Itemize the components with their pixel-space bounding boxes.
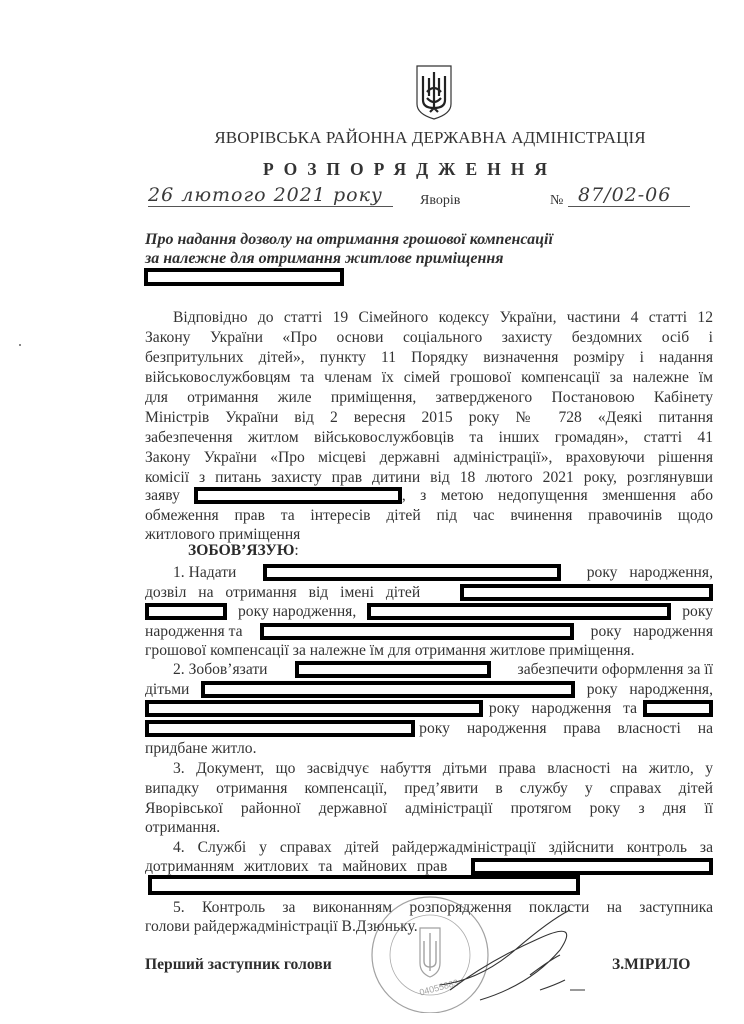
text-fragment: 2. Зобов’язати bbox=[173, 660, 268, 679]
number-prefix: № bbox=[550, 193, 563, 209]
redaction-box bbox=[145, 720, 415, 737]
trident-icon bbox=[415, 64, 453, 120]
preamble-line: Закону України «Про місцеві державні адм… bbox=[145, 448, 713, 467]
text-fragment: року народження, bbox=[587, 680, 713, 699]
item-1-line: дозвіл на отримання від імені дітей bbox=[145, 583, 713, 602]
preamble-line: Міністрів України від 2 вересня 2015 рок… bbox=[145, 408, 713, 427]
redaction-box bbox=[460, 584, 713, 601]
preamble-line: обмеження прав та інтересів дітей під ча… bbox=[145, 506, 713, 525]
subject-line-2: за належне для отримання житлове приміще… bbox=[145, 250, 503, 268]
directive-word: ЗОБОВ’ЯЗУЮ bbox=[188, 542, 294, 559]
organization-name: ЯВОРІВСЬКА РАЙОННА ДЕРЖАВНА АДМІНІСТРАЦІ… bbox=[0, 128, 744, 148]
preamble-line: забезпечення житлом військовослужбовців … bbox=[145, 428, 713, 447]
text-fragment: року народження, bbox=[238, 602, 356, 621]
text-fragment: року bbox=[682, 602, 713, 621]
directive-heading: ЗОБОВ’ЯЗУЮ: bbox=[188, 542, 299, 560]
item-3-line: отримання. bbox=[145, 818, 713, 837]
document-type: РОЗПОРЯДЖЕННЯ bbox=[0, 159, 744, 180]
text-fragment: дітьми bbox=[145, 680, 189, 699]
preamble-line: безпритульних дітей», пункту 11 Порядку … bbox=[145, 348, 713, 367]
text-fragment: забезпечити оформлення за її bbox=[518, 660, 713, 679]
redaction-box bbox=[145, 700, 483, 717]
item-2-line: придбане житло. bbox=[145, 739, 713, 758]
text-fragment: народження та bbox=[145, 622, 243, 641]
redaction-box bbox=[643, 700, 713, 717]
redaction-box bbox=[144, 268, 344, 286]
preamble-line: заяву , з метою недопущення зменшення аб… bbox=[145, 486, 713, 505]
redaction-box bbox=[471, 858, 713, 875]
item-2-line: 2. Зобов’язати забезпечити оформлення за… bbox=[173, 660, 713, 679]
item-3-line: 3. Документ, що засвідчує набуття дітьми… bbox=[145, 759, 713, 778]
redaction-box bbox=[260, 623, 574, 640]
handwritten-signature-icon bbox=[420, 890, 590, 1010]
preamble-line: комісії з питань захисту прав дитини від… bbox=[145, 468, 713, 487]
text-fragment: , з метою недопущення зменшення або bbox=[402, 486, 713, 505]
item-2-line: року народження та bbox=[145, 699, 713, 718]
text-fragment: 1. Надати bbox=[173, 563, 236, 582]
item-2-line: року народження права власності на bbox=[145, 719, 713, 738]
redaction-box bbox=[201, 681, 575, 698]
preamble-line: Закону України «Про основи соціального з… bbox=[145, 328, 713, 347]
redaction-box bbox=[145, 603, 227, 620]
item-1-line: року народження, року bbox=[145, 602, 713, 621]
preamble-line: військовослужбовцям та членам їх сімей г… bbox=[145, 368, 713, 387]
signatory-name: З.МІРИЛО bbox=[612, 956, 690, 974]
text-fragment: року народження, bbox=[587, 563, 713, 582]
item-1-line: 1. Надати року народження, bbox=[173, 563, 713, 582]
text-fragment: заяву bbox=[145, 486, 180, 505]
item-4-line: дотриманням житлових та майнових прав bbox=[145, 857, 713, 876]
signatory-position: Перший заступник голови bbox=[145, 956, 332, 974]
scan-speck bbox=[19, 344, 21, 346]
document-place: Яворів bbox=[420, 193, 460, 209]
item-3-line: випадку отримання компенсації, пред’явит… bbox=[145, 779, 713, 798]
item-1-line: народження та року народження bbox=[145, 622, 713, 641]
redaction-box bbox=[263, 564, 561, 581]
redaction-box bbox=[295, 661, 491, 678]
text-fragment: дотриманням житлових та майнових прав bbox=[145, 857, 447, 876]
text-fragment: року народження та bbox=[489, 699, 637, 718]
text-fragment: дозвіл на отримання від імені дітей bbox=[145, 583, 420, 602]
directive-colon: : bbox=[294, 542, 298, 559]
item-4-line: 4. Службі у справах дітей райдержадмініс… bbox=[145, 838, 713, 857]
subject-line-1: Про надання дозволу на отримання грошово… bbox=[145, 231, 553, 249]
document-number: 87/02-06 bbox=[568, 184, 690, 207]
text-fragment: року народження права власності на bbox=[419, 719, 713, 738]
item-2-line: дітьми року народження, bbox=[145, 680, 713, 699]
document-date: 26 лютого 2021 року bbox=[148, 184, 393, 207]
preamble-line: Відповідно до статті 19 Сімейного кодекс… bbox=[145, 308, 713, 327]
text-fragment: року народження bbox=[591, 622, 713, 641]
item-1-line: грошової компенсації за належне їм для о… bbox=[145, 641, 713, 660]
redaction-box bbox=[367, 603, 671, 620]
redaction-box bbox=[194, 487, 402, 504]
item-3-line: Яворівської районної державної адміністр… bbox=[145, 799, 713, 818]
preamble-line: для отримання жиле приміщення, затвердже… bbox=[145, 388, 713, 407]
